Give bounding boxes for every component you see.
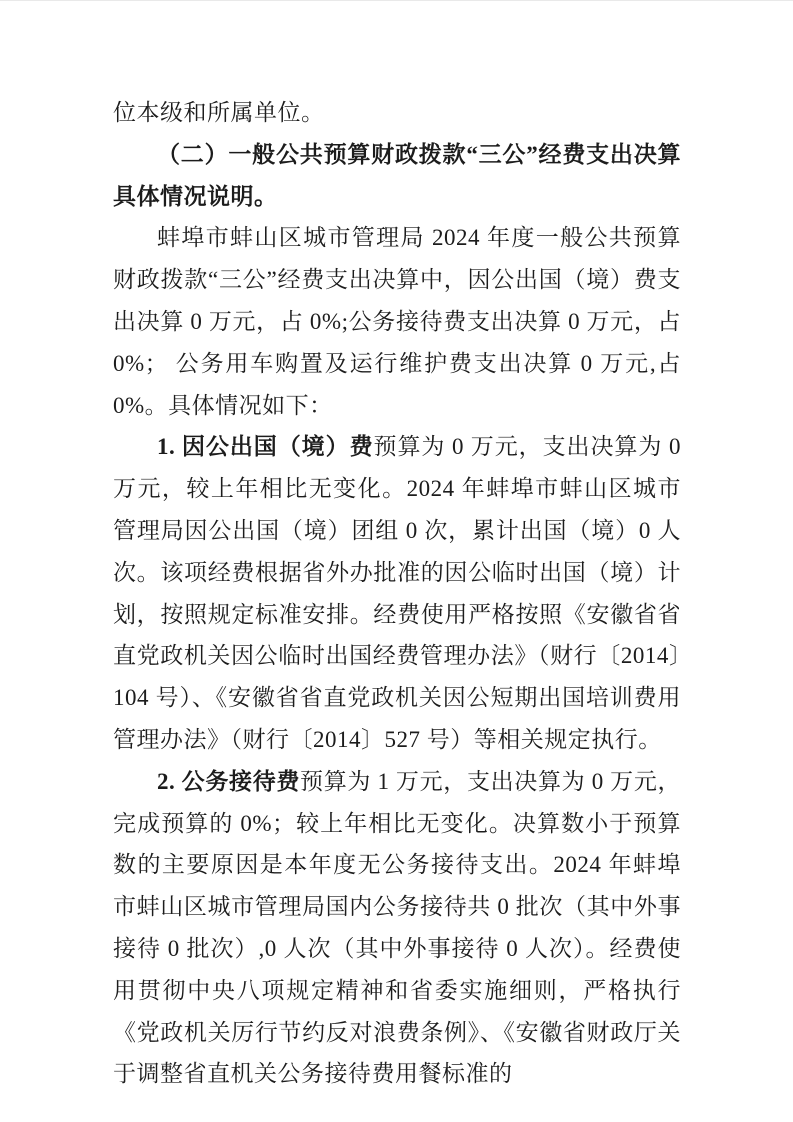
paragraph-overview: 蚌埠市蚌山区城市管理局 2024 年度一般公共预算财政拨款“三公”经费支出决算中…	[113, 217, 681, 426]
paragraph-overview-segment-0: 蚌埠市蚌山区城市管理局 2024 年度一般公共预算财政拨款“三公”经费支出决算中…	[113, 225, 681, 417]
paragraph-item1-abroad-expense-segment-1: 预算为 0 万元，支出决算为 0 万元，较上年相比无变化。2024 年蚌埠市蚌山…	[113, 434, 681, 752]
paragraph-continuation: 位本级和所属单位。	[113, 92, 681, 134]
paragraph-item2-reception-expense-segment-0: 2. 公务接待费	[157, 769, 300, 794]
document-page: 位本级和所属单位。（二）一般公共预算财政拨款“三公”经费支出决算具体情况说明。蚌…	[0, 0, 793, 1122]
paragraph-item2-reception-expense-segment-1: 预算为 1 万元，支出决算为 0 万元，完成预算的 0%；较上年相比无变化。决算…	[113, 769, 681, 1087]
paragraph-item1-abroad-expense-segment-0: 1. 因公出国（境）费	[157, 434, 374, 459]
paragraph-item2-reception-expense: 2. 公务接待费预算为 1 万元，支出决算为 0 万元，完成预算的 0%；较上年…	[113, 761, 681, 1095]
section-heading-segment-0: （二）一般公共预算财政拨款“三公”经费支出决算具体情况说明。	[113, 142, 681, 209]
page-top-edge-line	[0, 0, 793, 1]
document-body: 位本级和所属单位。（二）一般公共预算财政拨款“三公”经费支出决算具体情况说明。蚌…	[113, 92, 681, 1095]
section-heading: （二）一般公共预算财政拨款“三公”经费支出决算具体情况说明。	[113, 134, 681, 218]
paragraph-item1-abroad-expense: 1. 因公出国（境）费预算为 0 万元，支出决算为 0 万元，较上年相比无变化。…	[113, 426, 681, 760]
paragraph-continuation-segment-0: 位本级和所属单位。	[113, 100, 325, 125]
